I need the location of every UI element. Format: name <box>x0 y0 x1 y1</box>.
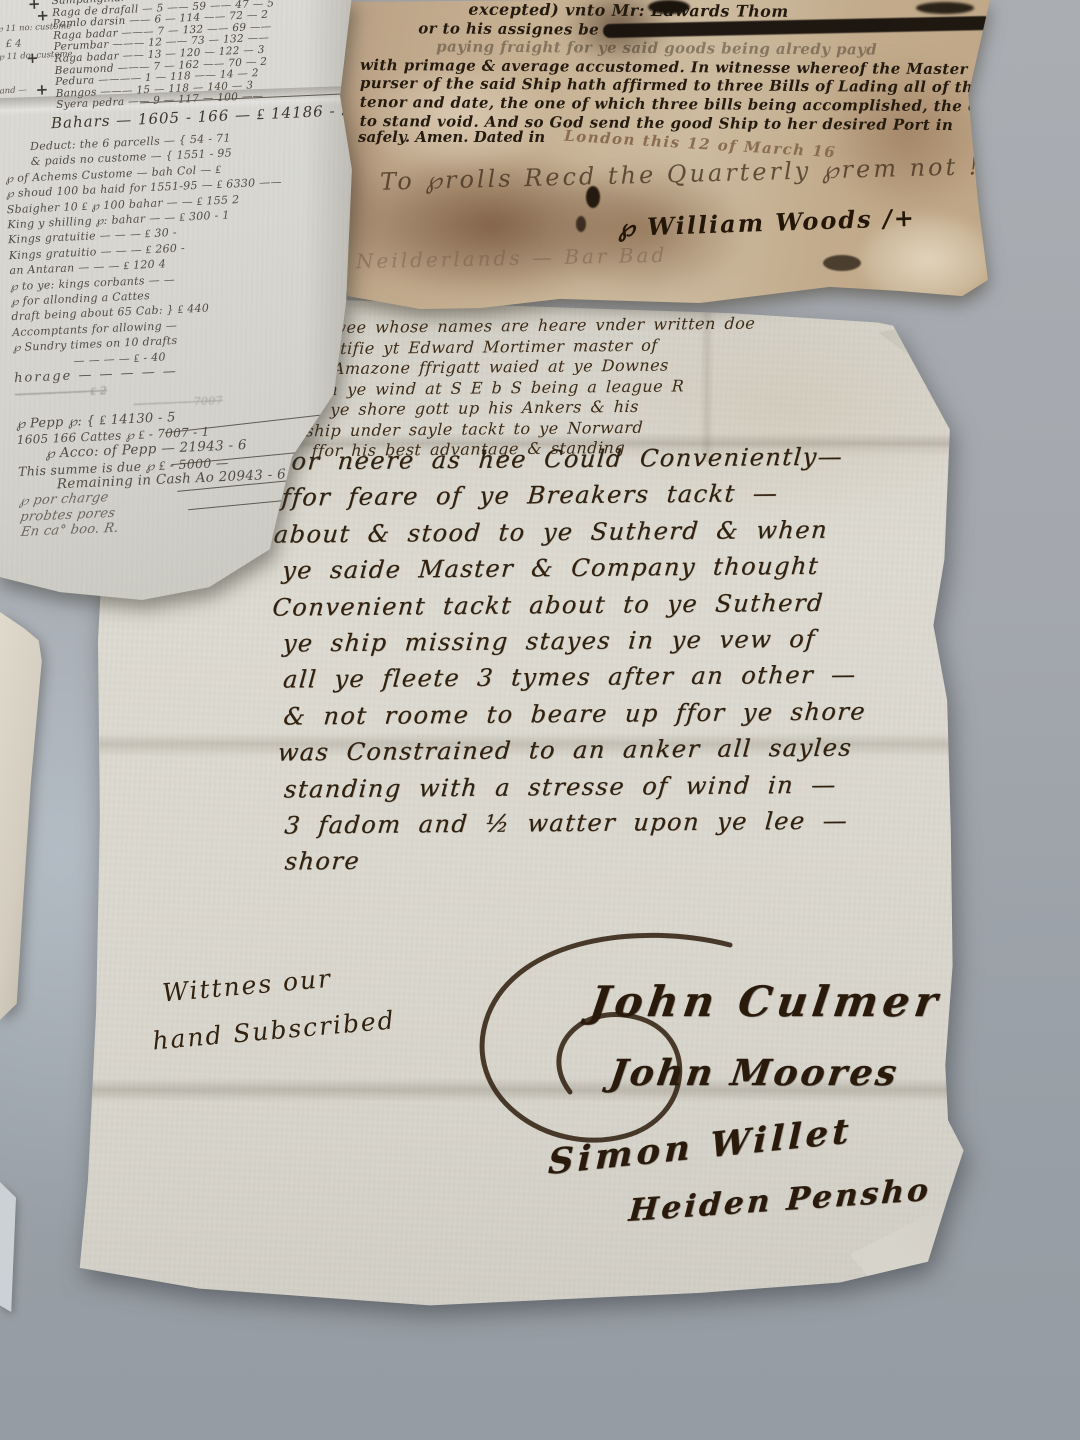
margin-note: and — <box>0 85 27 96</box>
margin-cross-mark: + <box>36 6 49 25</box>
signature: John Culmer <box>587 977 974 1026</box>
account-ledger-wrap: Sampanginar —— 13 — 149 —— 33 — 2Raga de… <box>0 0 354 608</box>
handwritten-line: all ye fleete 3 tymes after an other — <box>282 657 867 699</box>
folded-corner-top-right <box>878 321 1013 433</box>
ink-blot <box>648 0 690 14</box>
margin-note: £ 4 <box>5 38 21 50</box>
blank-paper-strip <box>0 612 44 1020</box>
signature: Simon Willet <box>547 1098 972 1183</box>
dated-text: safely. Amen. Dated in <box>358 128 545 146</box>
handwritten-line: for neere as hee Could Conveniently— <box>280 438 865 480</box>
ink-blot <box>916 2 974 14</box>
ledger-table: Sampanginar —— 13 — 149 —— 33 — 2Raga de… <box>52 0 281 112</box>
signature-block: John CulmerJohn MooresSimon WilletHeiden… <box>55 977 970 1217</box>
bill-of-lading-document: excepted) vnto Mr: Edwards Thomor to his… <box>318 0 994 316</box>
paper-sliver <box>0 1182 16 1312</box>
signature: John Moores <box>607 1052 973 1094</box>
paper-sliver-bottom-left <box>0 1182 16 1312</box>
handwritten-line: ffor feare of ye Breakers tackt — <box>280 475 865 517</box>
handwritten-line: 3 fadom and ½ watter upon ye lee — <box>283 803 868 845</box>
handwritten-line: & not roome to beare up ffor ye shore <box>282 693 867 735</box>
handwritten-line: ye ship missing stayes in ye vew of <box>281 620 866 662</box>
ledger-content: Sampanginar —— 13 — 149 —— 33 — 2Raga de… <box>0 0 380 608</box>
account-ledger-document: Sampanginar —— 13 — 149 —— 33 — 2Raga de… <box>0 0 354 608</box>
handwritten-line: ye saide Master & Company thought <box>281 548 866 590</box>
ink-blot <box>823 255 861 271</box>
bill-of-lading-wrap: excepted) vnto Mr: Edwards Thomor to his… <box>318 0 994 316</box>
ledger-summary-block: Deduct: the 6 parcells — { 54 - 71& paid… <box>4 128 297 540</box>
handwritten-line: standing with a stresse of wind in — <box>283 766 868 808</box>
handwritten-line: was Constrained to an anker all sayles <box>276 730 867 772</box>
folded-paper-edge-left <box>0 612 44 1020</box>
letter-big-hand-block: for neere as hee Could Conveniently—ffor… <box>281 438 867 880</box>
margin-cross-mark: + <box>35 80 48 99</box>
margin-cross-mark: + <box>26 49 39 68</box>
handwritten-line: shore <box>283 839 868 881</box>
handwritten-line: Convenient tackt about to ye Sutherd <box>271 584 866 626</box>
photo-of-three-manuscripts: wee whose names are heare vnder written … <box>0 0 1080 1440</box>
handwritten-line: about & stood to ye Sutherd & when <box>272 511 865 553</box>
ink-blot <box>576 216 586 232</box>
dated-line: safely. Amen. Dated in London this 12 of… <box>358 128 823 146</box>
